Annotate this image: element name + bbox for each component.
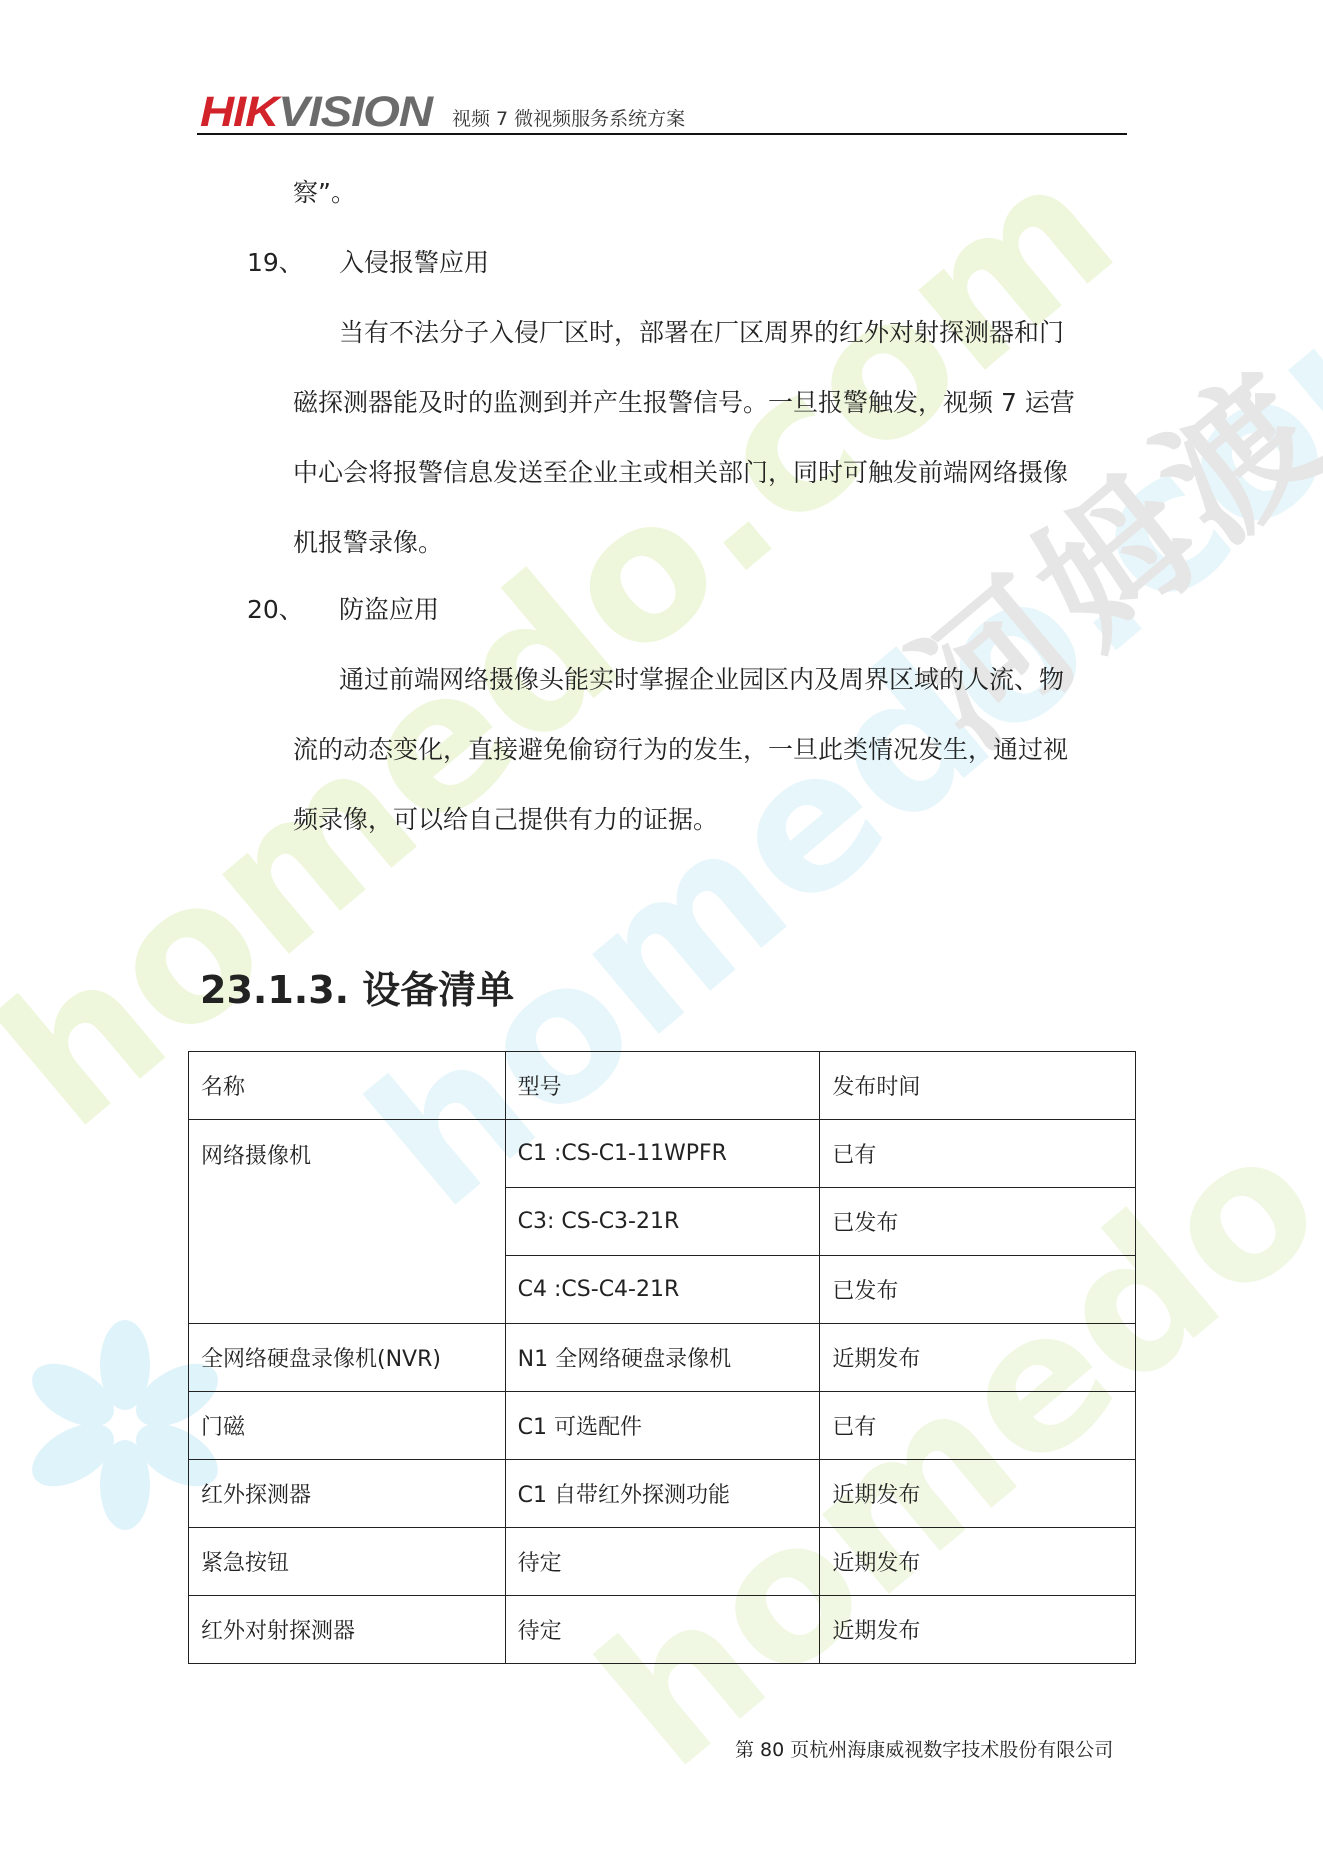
cell-model: C1 可选配件 [505,1392,820,1460]
item-19-line-2: 磁探测器能及时的监测到并产生报警信号。一旦报警触发，视频 7 运营 [293,388,1075,418]
item-20-title: 防盗应用 [339,595,439,625]
header-divider [197,133,1127,135]
header-model: 型号 [505,1052,820,1120]
table-header-row: 名称 型号 发布时间 [189,1052,1136,1120]
table-row: 全网络硬盘录像机(NVR) N1 全网络硬盘录像机 近期发布 [189,1324,1136,1392]
logo-vision: VISION [278,88,432,136]
cell-name: 全网络硬盘录像机(NVR) [189,1324,506,1392]
page-footer: 第 80 页杭州海康威视数字技术股份有限公司 [735,1738,1113,1762]
item-19-line-4: 机报警录像。 [293,528,443,558]
cell-release: 近期发布 [820,1596,1136,1664]
cell-model: C4 :CS-C4-21R [505,1256,820,1324]
equipment-table: 名称 型号 发布时间 网络摄像机 C1 :CS-C1-11WPFR 已有 C3:… [188,1051,1136,1664]
item-19-number: 19、 [247,248,304,278]
table-row: 紧急按钮 待定 近期发布 [189,1528,1136,1596]
cell-model: N1 全网络硬盘录像机 [505,1324,820,1392]
item-20-line-3: 频录像，可以给自己提供有力的证据。 [293,805,718,835]
cell-release: 已有 [820,1392,1136,1460]
logo-hik: HIK [200,88,278,136]
cell-model: C1 自带红外探测功能 [505,1460,820,1528]
item-20-line-2: 流的动态变化，直接避免偷窃行为的发生，一旦此类情况发生，通过视 [293,735,1068,765]
table-row: 红外探测器 C1 自带红外探测功能 近期发布 [189,1460,1136,1528]
cell-release: 近期发布 [820,1324,1136,1392]
cell-release: 已有 [820,1120,1136,1188]
item-19-title: 入侵报警应用 [339,248,489,278]
item-20-number: 20、 [247,595,304,625]
continuation-text: 察”。 [293,178,356,208]
hikvision-logo: HIKVISION [200,90,432,134]
section-heading: 23.1.3. 设备清单 [200,968,514,1012]
cell-release: 已发布 [820,1188,1136,1256]
cell-model: 待定 [505,1596,820,1664]
item-20-line-1: 通过前端网络摄像头能实时掌握企业园区内及周界区域的人流、物 [339,665,1064,695]
document-subtitle: 视频 7 微视频服务系统方案 [452,108,685,130]
cell-release: 近期发布 [820,1528,1136,1596]
cell-model: 待定 [505,1528,820,1596]
item-19-line-3: 中心会将报警信息发送至企业主或相关部门，同时可触发前端网络摄像 [293,458,1068,488]
cell-name: 网络摄像机 [189,1120,506,1324]
cell-release: 近期发布 [820,1460,1136,1528]
item-19-line-1: 当有不法分子入侵厂区时，部署在厂区周界的红外对射探测器和门 [339,318,1064,348]
cell-model: C3: CS-C3-21R [505,1188,820,1256]
header-name: 名称 [189,1052,506,1120]
cell-model: C1 :CS-C1-11WPFR [505,1120,820,1188]
watermark-url-green: homedo.com [0,118,1153,1170]
cell-name: 紧急按钮 [189,1528,506,1596]
table-row: 门磁 C1 可选配件 已有 [189,1392,1136,1460]
watermark-chinese: 河姆渡 [860,311,1323,785]
cell-name: 门磁 [189,1392,506,1460]
table-row: 网络摄像机 C1 :CS-C1-11WPFR 已有 [189,1120,1136,1188]
table-row: 红外对射探测器 待定 近期发布 [189,1596,1136,1664]
header-release: 发布时间 [820,1052,1136,1120]
cell-name: 红外对射探测器 [189,1596,506,1664]
cell-release: 已发布 [820,1256,1136,1324]
cell-name: 红外探测器 [189,1460,506,1528]
